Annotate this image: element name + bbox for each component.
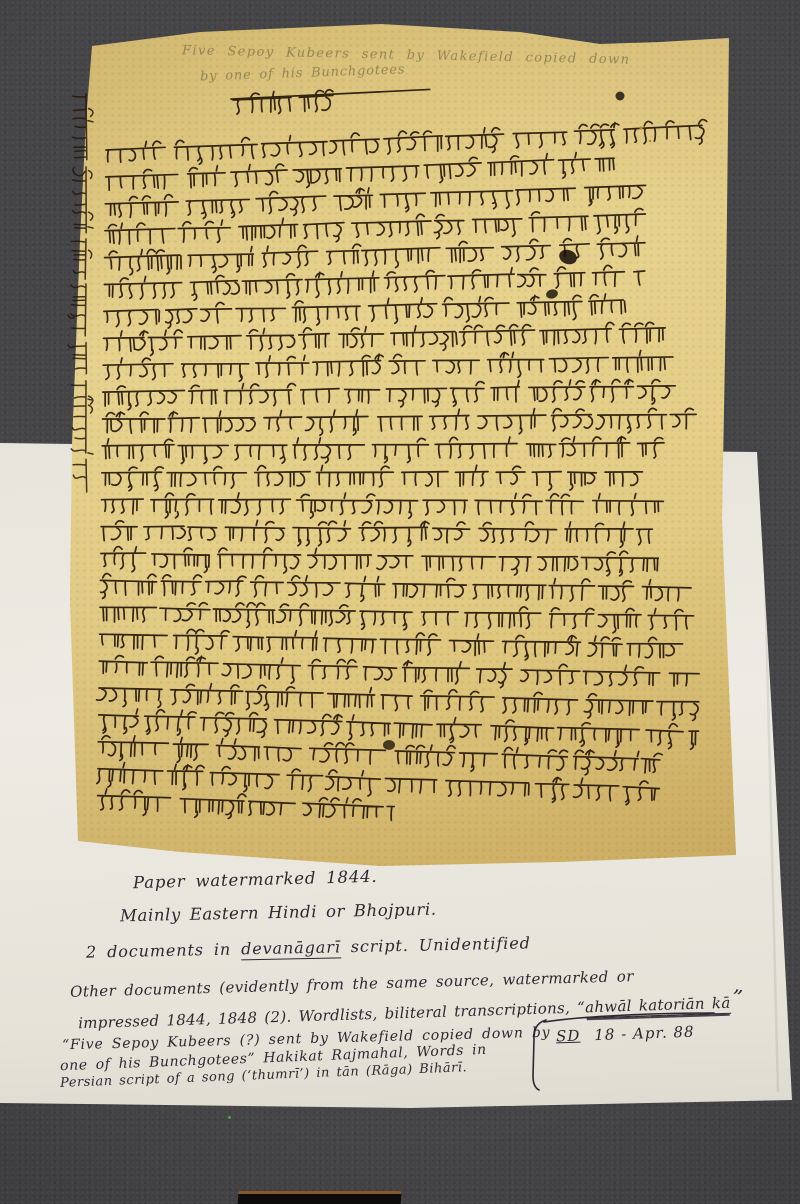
underlined-term: devanāgarī xyxy=(241,937,341,960)
stamp-date: 18 - Apr. 88 xyxy=(594,1023,695,1044)
photograph-of-manuscript: Five Sepoy Kubeers sent by Wakefield cop… xyxy=(0,0,800,1204)
stamp-code: SD xyxy=(556,1027,581,1046)
note-text: script. Unidentified xyxy=(341,933,531,956)
green-speck xyxy=(228,1116,231,1119)
note-text: 2 documents in xyxy=(86,939,241,961)
book-edge-at-bottom xyxy=(237,1191,401,1204)
